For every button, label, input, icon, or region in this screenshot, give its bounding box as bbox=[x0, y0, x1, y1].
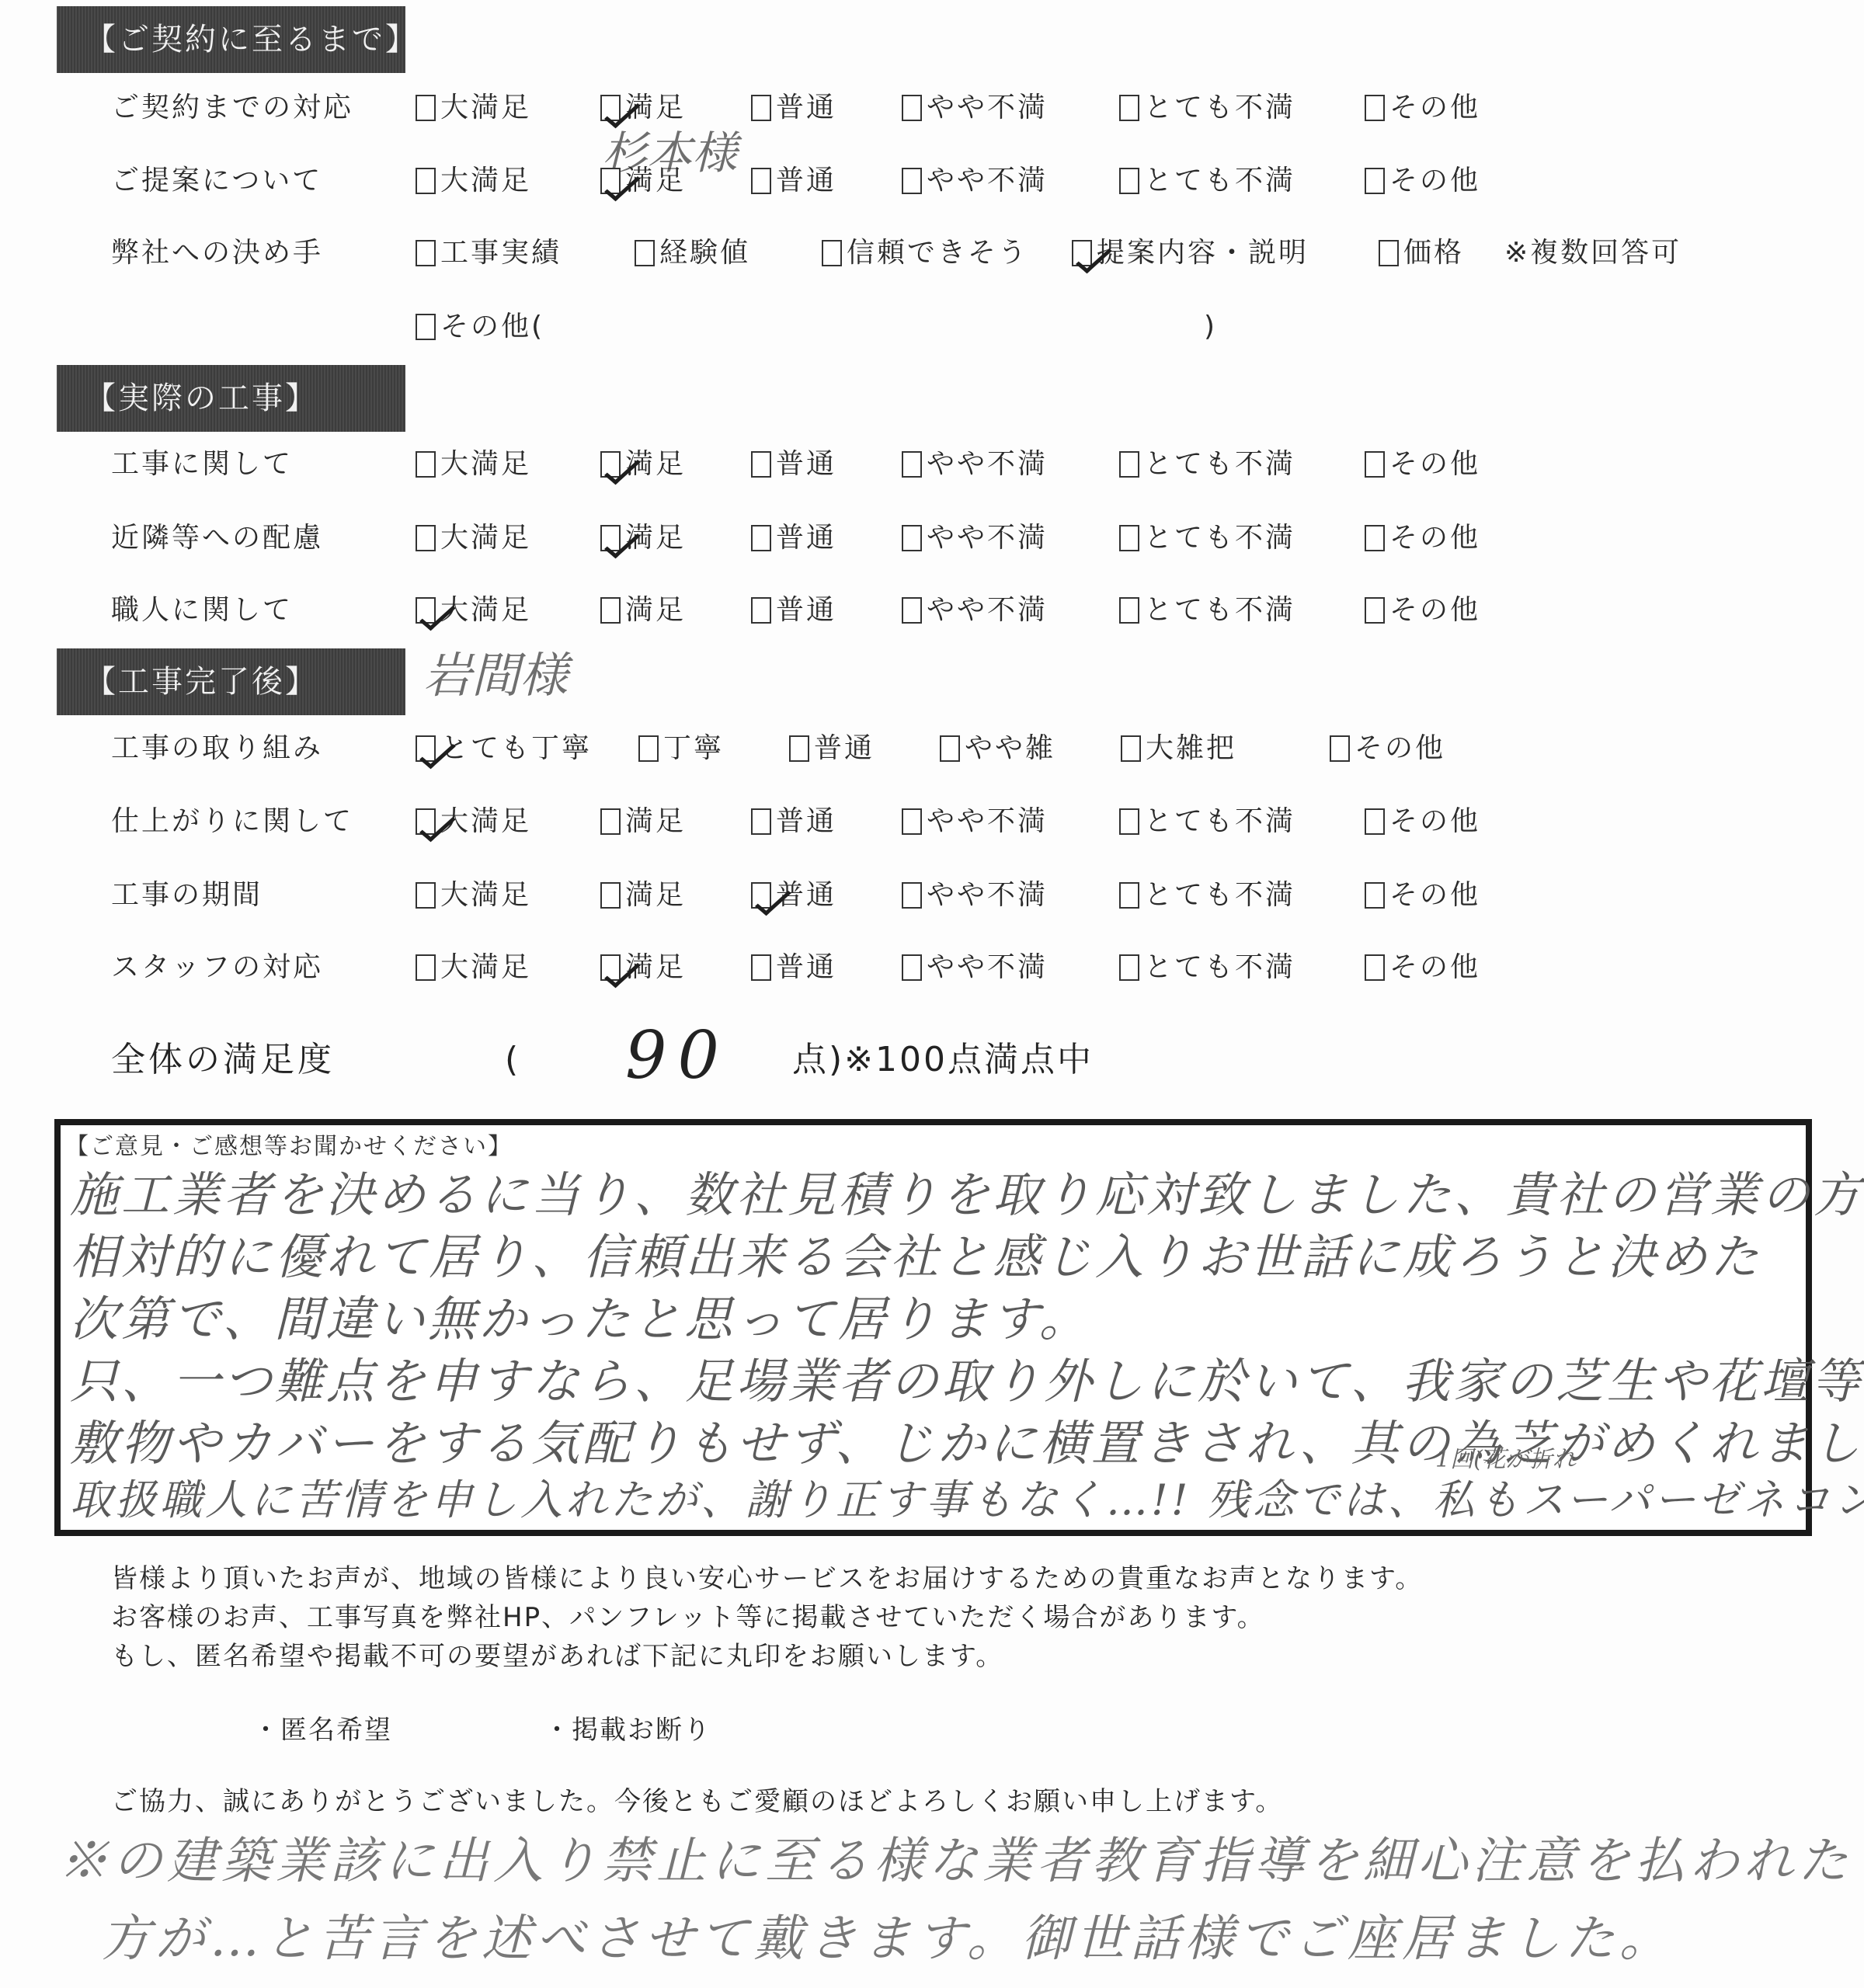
option-dai-manzoku[interactable]: 大満足 bbox=[416, 591, 531, 630]
option-yaya-fuman[interactable]: やや不満 bbox=[902, 591, 1048, 630]
checkbox[interactable] bbox=[600, 808, 621, 835]
checkbox-checked[interactable] bbox=[600, 168, 621, 194]
option-futsuu[interactable]: 普通 bbox=[751, 89, 836, 127]
option-yaya-fuman[interactable]: やや不満 bbox=[902, 802, 1048, 841]
checkbox[interactable] bbox=[635, 240, 655, 266]
option-futsuu[interactable]: 普通 bbox=[751, 591, 836, 630]
option-sonota[interactable]: その他 bbox=[1365, 89, 1480, 127]
option-sonota[interactable]: その他 bbox=[1365, 162, 1480, 200]
handwritten-craftsman-name: 岩間様 bbox=[423, 637, 568, 706]
option-keikenchi[interactable]: 経験値 bbox=[635, 234, 750, 273]
checkbox[interactable] bbox=[1121, 735, 1141, 762]
option-manzoku[interactable]: 満足 bbox=[600, 876, 686, 915]
option-sonota[interactable]: その他 bbox=[1365, 445, 1480, 484]
option-decline-publication[interactable]: ・掲載お断り bbox=[544, 1708, 711, 1746]
overall-satisfaction-label: 全体の満足度 bbox=[111, 1037, 335, 1083]
other-close-paren: ) bbox=[1204, 308, 1217, 346]
score-open-paren: ( bbox=[505, 1037, 518, 1083]
checkbox[interactable] bbox=[1365, 882, 1385, 909]
section-header-after-completion: 【工事完了後】 bbox=[57, 648, 405, 715]
option-yaya-fuman[interactable]: やや不満 bbox=[902, 876, 1048, 915]
checkbox[interactable] bbox=[902, 95, 922, 121]
checkbox[interactable] bbox=[1119, 882, 1139, 909]
checkbox[interactable] bbox=[1119, 451, 1139, 478]
checkbox[interactable] bbox=[1365, 525, 1385, 551]
checkbox[interactable] bbox=[751, 597, 771, 624]
row-label-deciding-factor: 弊社への決め手 bbox=[111, 234, 323, 273]
row-label-craftsman: 職人に関して bbox=[111, 591, 293, 630]
checkbox[interactable] bbox=[638, 735, 659, 762]
checkbox[interactable] bbox=[1365, 451, 1385, 478]
checkbox[interactable] bbox=[751, 95, 771, 121]
option-manzoku[interactable]: 満足 bbox=[600, 948, 686, 987]
score-suffix: 点)※100点満点中 bbox=[792, 1037, 1094, 1083]
option-sonota[interactable]: その他 bbox=[1365, 802, 1480, 841]
checkbox[interactable] bbox=[416, 314, 436, 340]
option-sonota[interactable]: その他 bbox=[1330, 729, 1445, 768]
checkbox[interactable] bbox=[600, 597, 621, 624]
checkbox[interactable] bbox=[1119, 168, 1139, 194]
checkbox[interactable] bbox=[416, 525, 436, 551]
option-futsuu[interactable]: 普通 bbox=[789, 729, 875, 768]
option-dai-manzoku[interactable]: 大満足 bbox=[416, 519, 531, 558]
option-yaya-fuman[interactable]: やや不満 bbox=[902, 948, 1048, 987]
option-sonota[interactable]: その他 bbox=[1365, 948, 1480, 987]
checkbox[interactable] bbox=[902, 882, 922, 909]
checkbox[interactable] bbox=[1365, 95, 1385, 121]
row-label-staff: スタッフの対応 bbox=[111, 948, 323, 987]
postscript-line: ※の建築業該に出入り禁止に至る様な業者教育指導を細心注意を払われた bbox=[58, 1821, 1852, 1892]
checkbox[interactable] bbox=[940, 735, 960, 762]
option-futsuu[interactable]: 普通 bbox=[751, 876, 836, 915]
option-manzoku[interactable]: 満足 bbox=[600, 802, 686, 841]
row-label-neighbor-care: 近隣等への配慮 bbox=[111, 519, 323, 558]
option-totemo-fuman[interactable]: とても不満 bbox=[1119, 948, 1295, 987]
option-ozappa[interactable]: 大雑把 bbox=[1121, 729, 1236, 768]
option-teian-naiyou[interactable]: 提案内容・説明 bbox=[1072, 234, 1309, 273]
comment-line: 相対的に優れて居り、信頼出来る会社と感じ入りお世話に成ろうと決めた bbox=[70, 1218, 1761, 1288]
footer-line: もし、匿名希望や掲載不可の要望があれば下記に丸印をお願いします。 bbox=[111, 1635, 1003, 1673]
checkbox[interactable] bbox=[1365, 954, 1385, 981]
option-totemo-fuman[interactable]: とても不満 bbox=[1119, 876, 1295, 915]
checkbox[interactable] bbox=[1365, 808, 1385, 835]
checkbox[interactable] bbox=[1119, 954, 1139, 981]
checkbox[interactable] bbox=[902, 525, 922, 551]
checkbox-checked[interactable] bbox=[751, 882, 771, 909]
option-totemo-fuman[interactable]: とても不満 bbox=[1119, 162, 1295, 200]
comment-line: 只、一つ難点を申すなら、足場業者の取り外しに於いて、我家の芝生や花壇等に bbox=[70, 1343, 1864, 1412]
row-label-finish: 仕上がりに関して bbox=[111, 802, 353, 841]
option-yaya-fuman[interactable]: やや不満 bbox=[902, 445, 1048, 484]
footer-line: お客様のお声、工事写真を弊社HP、パンフレット等に掲載させていただく場合がありま… bbox=[111, 1596, 1265, 1634]
option-dai-manzoku[interactable]: 大満足 bbox=[416, 445, 531, 484]
row-label-work-attitude: 工事の取り組み bbox=[111, 729, 323, 768]
option-totemo-fuman[interactable]: とても不満 bbox=[1119, 519, 1295, 558]
option-dai-manzoku[interactable]: 大満足 bbox=[416, 89, 531, 127]
option-kakaku[interactable]: 価格 bbox=[1379, 234, 1464, 273]
option-totemo-fuman[interactable]: とても不満 bbox=[1119, 802, 1295, 841]
option-dai-manzoku[interactable]: 大満足 bbox=[416, 802, 531, 841]
option-yaya-zatsu[interactable]: やや雑 bbox=[940, 729, 1055, 768]
comment-line: 施工業者を決めるに当り、数社見積りを取り応対致しました、貴社の営業の方が bbox=[70, 1156, 1864, 1225]
row-label-proposal: ご提案について bbox=[111, 162, 322, 200]
row-label-duration: 工事の期間 bbox=[111, 876, 263, 915]
row-label-contract-response: ご契約までの対応 bbox=[111, 89, 353, 127]
option-dai-manzoku[interactable]: 大満足 bbox=[416, 948, 531, 987]
option-futsuu[interactable]: 普通 bbox=[751, 162, 836, 200]
option-yaya-fuman[interactable]: やや不満 bbox=[902, 89, 1048, 127]
option-yaya-fuman[interactable]: やや不満 bbox=[902, 519, 1048, 558]
checkbox-checked[interactable] bbox=[416, 597, 436, 624]
checkbox[interactable] bbox=[600, 882, 621, 909]
option-futsuu[interactable]: 普通 bbox=[751, 519, 836, 558]
checkbox-checked[interactable] bbox=[416, 808, 436, 835]
option-sonota[interactable]: その他 bbox=[1365, 591, 1480, 630]
option-manzoku[interactable]: 満足 bbox=[600, 591, 686, 630]
checkbox[interactable] bbox=[902, 168, 922, 194]
section-header-construction: 【実際の工事】 bbox=[57, 365, 405, 432]
thanks-message: ご協力、誠にありがとうございました。今後ともご愛顧のほどよろしくお願い申し上げま… bbox=[111, 1780, 1283, 1818]
checkbox[interactable] bbox=[751, 808, 771, 835]
option-totemo-fuman[interactable]: とても不満 bbox=[1119, 445, 1295, 484]
option-sonota[interactable]: その他 bbox=[1365, 876, 1480, 915]
option-futsuu[interactable]: 普通 bbox=[751, 948, 836, 987]
row-label-construction: 工事に関して bbox=[111, 445, 293, 484]
checkbox[interactable] bbox=[751, 168, 771, 194]
option-dai-manzoku[interactable]: 大満足 bbox=[416, 162, 531, 200]
option-sonota[interactable]: その他 bbox=[1365, 519, 1480, 558]
option-yaya-fuman[interactable]: やや不満 bbox=[902, 162, 1048, 200]
option-totemo-fuman[interactable]: とても不満 bbox=[1119, 89, 1295, 127]
section-header-contract: 【ご契約に至るまで】 bbox=[57, 6, 405, 73]
checkbox[interactable] bbox=[1119, 597, 1139, 624]
checkbox[interactable] bbox=[1119, 525, 1139, 551]
option-manzoku[interactable]: 満足 bbox=[600, 162, 686, 200]
comment-line: 取扱職人に苦情を申し入れたが、謝り正す事もなく…!! 残念では、私もスーパーゼネ… bbox=[70, 1467, 1864, 1527]
checkbox[interactable] bbox=[822, 240, 842, 266]
checkbox[interactable] bbox=[902, 808, 922, 835]
checkbox-checked[interactable] bbox=[416, 735, 436, 762]
checkbox[interactable] bbox=[1365, 597, 1385, 624]
checkbox[interactable] bbox=[751, 451, 771, 478]
checkbox[interactable] bbox=[902, 597, 922, 624]
comment-line: 敷物やカバーをする気配りもせず、じかに横置きされ、其の為芝がめくれました bbox=[70, 1405, 1864, 1474]
checkbox[interactable] bbox=[416, 95, 436, 121]
option-kouji-jisseki[interactable]: 工事実績 bbox=[416, 234, 562, 273]
checkbox[interactable] bbox=[902, 954, 922, 981]
option-futsuu[interactable]: 普通 bbox=[751, 802, 836, 841]
checkbox[interactable] bbox=[751, 954, 771, 981]
comment-line: 次第で、間違い無かったと思って居ります。 bbox=[70, 1281, 1090, 1350]
checkbox[interactable] bbox=[416, 954, 436, 981]
postscript-line: 方が…と苦言を述べさせて戴きます。御世話様でご座居ました。 bbox=[101, 1899, 1674, 1970]
footer-line: 皆様より頂いたお声が、地域の皆様により良い安心サービスをお届けするための貴重なお… bbox=[111, 1557, 1423, 1595]
option-manzoku[interactable]: 満足 bbox=[600, 519, 686, 558]
checkbox[interactable] bbox=[416, 882, 436, 909]
checkbox[interactable] bbox=[416, 168, 436, 194]
checkbox-checked[interactable] bbox=[600, 525, 621, 551]
checkbox[interactable] bbox=[751, 525, 771, 551]
checkbox[interactable] bbox=[789, 735, 809, 762]
option-sonota-other[interactable]: その他( bbox=[416, 308, 544, 346]
multiple-answers-note: ※複数回答可 bbox=[1504, 234, 1681, 273]
score-value[interactable]: 90 bbox=[625, 1017, 730, 1093]
checkbox[interactable] bbox=[1330, 735, 1350, 762]
checkbox[interactable] bbox=[1119, 95, 1139, 121]
option-totemo-fuman[interactable]: とても不満 bbox=[1119, 591, 1295, 630]
option-futsuu[interactable]: 普通 bbox=[751, 445, 836, 484]
checkbox[interactable] bbox=[1365, 168, 1385, 194]
option-dai-manzoku[interactable]: 大満足 bbox=[416, 876, 531, 915]
comments-box[interactable]: 【ご意見・ご感想等お聞かせください】 施工業者を決めるに当り、数社見積りを取り応… bbox=[54, 1119, 1812, 1536]
checkbox[interactable] bbox=[416, 451, 436, 478]
checkbox[interactable] bbox=[1379, 240, 1399, 266]
option-shinrai[interactable]: 信頼できそう bbox=[822, 234, 1028, 273]
option-totemo-teinei[interactable]: とても丁寧 bbox=[416, 729, 592, 768]
checkbox[interactable] bbox=[902, 451, 922, 478]
checkbox-checked[interactable] bbox=[600, 451, 621, 478]
comment-annotation: 1回(花が折れ bbox=[1435, 1440, 1576, 1474]
checkbox[interactable] bbox=[416, 240, 436, 266]
checkbox-checked[interactable] bbox=[1072, 240, 1092, 266]
checkbox[interactable] bbox=[1119, 808, 1139, 835]
option-anonymous[interactable]: ・匿名希望 bbox=[252, 1708, 392, 1746]
option-manzoku[interactable]: 満足 bbox=[600, 445, 686, 484]
checkbox-checked[interactable] bbox=[600, 954, 621, 981]
option-teinei[interactable]: 丁寧 bbox=[638, 729, 724, 768]
